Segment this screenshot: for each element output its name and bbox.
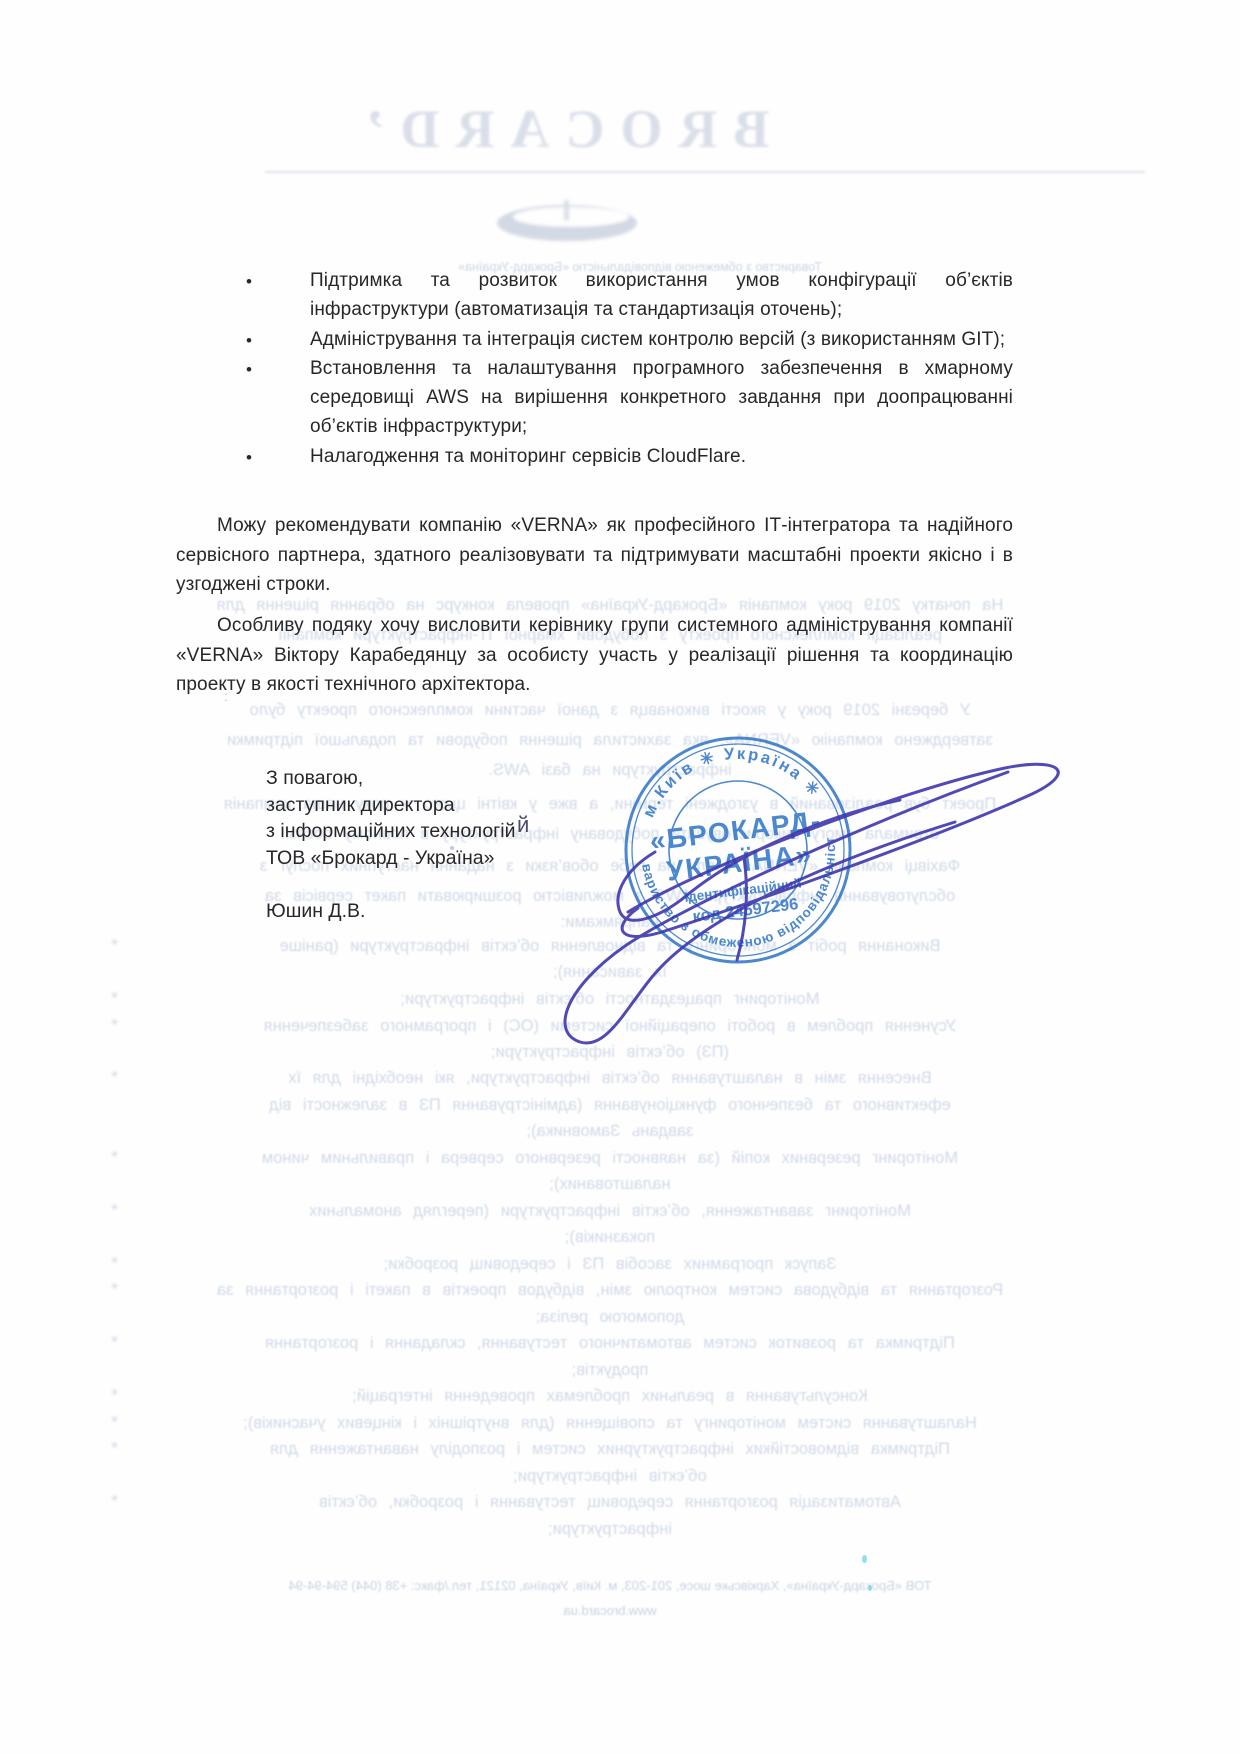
signature-block-lines: З повагою, заступник директора з інформа…	[266, 765, 516, 871]
paragraph-gratitude: Особливу подяку хочу висловити керівнику…	[176, 611, 1013, 700]
bleedthrough-list-line: інфраструктури;	[115, 1519, 1105, 1539]
bleedthrough-list-line: Моніторинг резервних копій (за наявності…	[115, 1148, 1105, 1168]
bleedthrough-list-line: продуктів;	[115, 1360, 1105, 1380]
stray-glyph-artifact: й	[517, 812, 529, 838]
bleedthrough-list-line: Моніторинг завантаження, об’єктів інфрас…	[115, 1201, 1105, 1221]
colon-mark-artifact: :	[224, 688, 228, 704]
bleedthrough-bullet-marker	[110, 1148, 122, 1161]
bleedthrough-list-line: показників);	[115, 1227, 1105, 1247]
bleedthrough-list-line: Підтримка відмовостійких інфраструктурни…	[115, 1439, 1105, 1459]
service-bullet-item: Підтримка та розвиток використання умов …	[310, 266, 1013, 325]
cyan-speck-artifact	[862, 1555, 867, 1563]
brocard-ellipse-logo-mark	[492, 198, 642, 246]
bleedthrough-list-line: ефективного та безпечного функціонування…	[115, 1095, 1105, 1115]
bleedthrough-list-line: налаштованих);	[115, 1174, 1105, 1194]
cyan-speck-artifact	[868, 1585, 872, 1591]
bleedthrough-footer-line: www.brocard.ua	[115, 1603, 1105, 1618]
bleedthrough-list-line: допомогою реліза;	[115, 1307, 1105, 1327]
bleedthrough-list-line: Консультування в реальних проблемах пров…	[115, 1386, 1105, 1406]
signature-block-line: ТОВ «Брокард - Україна»	[266, 845, 516, 872]
signature-block-line: З повагою,	[266, 765, 516, 792]
signature-block: З повагою, заступник директора з інформа…	[266, 765, 516, 925]
letterhead-rule	[265, 171, 1145, 173]
bleedthrough-footer-line: ТОВ «Брокард-Україна», Харківське шосе, …	[115, 1578, 1105, 1593]
paragraph-recommendation: Можу рекомендувати компанію «VERNA» як п…	[176, 511, 1013, 600]
bleedthrough-list-line: Підтримка та розвиток систем автоматично…	[115, 1333, 1105, 1353]
bleedthrough-list-line: Автоматизація розгортання середовищ тест…	[115, 1492, 1105, 1512]
bleedthrough-bullet-marker	[110, 1492, 122, 1505]
bleedthrough-bullet-marker	[110, 1386, 122, 1399]
service-bullet-item: Адміністрування та інтеграція систем кон…	[310, 325, 1013, 354]
bleedthrough-list-line: Налаштування систем моніторингу та спові…	[115, 1413, 1105, 1433]
bleedthrough-list-line: Внесення змін в налаштування об’єктів ін…	[115, 1068, 1105, 1088]
signature-stroke-long-loop	[565, 772, 1008, 1043]
service-bullet-item: Налагодження та моніторинг сервісів Clou…	[310, 442, 1013, 471]
scanned-letter-page: BROCARD’ Товариство з обмеженою відповід…	[0, 0, 1240, 1754]
bleedthrough-list-line: Розгортання та відбудова систем контролю…	[115, 1280, 1105, 1300]
bleedthrough-bullet-marker	[110, 1068, 122, 1081]
bleedthrough-bullet-marker	[110, 1254, 122, 1267]
bleedthrough-bullet-marker	[110, 1016, 122, 1029]
bleedthrough-bullet-marker	[110, 989, 122, 1002]
signatory-name: Юшин Д.В.	[266, 898, 516, 925]
bleedthrough-bullet-marker	[110, 1280, 122, 1293]
bleedthrough-bullet-marker	[110, 1413, 122, 1426]
bleedthrough-list-line: Запуск програмних засобів ПЗ і середовищ…	[115, 1254, 1105, 1274]
service-bullet-list: Підтримка та розвиток використання умов …	[310, 266, 1013, 471]
signature-block-line: заступник директора	[266, 792, 516, 819]
bleedthrough-bullet-marker	[110, 1201, 122, 1214]
handwritten-signature	[540, 740, 1100, 1060]
bleedthrough-line: У березні 2019 року у якості виконавця з…	[115, 700, 1105, 720]
signature-block-line: з інформаційних технологій	[266, 818, 516, 845]
bleedthrough-bullet-marker	[110, 1439, 122, 1452]
bleedthrough-bullet-marker	[110, 1333, 122, 1346]
brocard-logo-bleedthrough: BROCARD’	[300, 98, 820, 160]
signature-stroke-left-curl	[618, 800, 900, 920]
bleedthrough-bullet-marker	[110, 936, 122, 949]
bleedthrough-list-line: об’єктів інфраструктури;	[115, 1466, 1105, 1486]
bleedthrough-list-line: завдань Замовника);	[115, 1121, 1105, 1141]
blue-speck-artifact	[450, 846, 454, 850]
service-bullet-item: Встановлення та налаштування програмного…	[310, 354, 1013, 442]
